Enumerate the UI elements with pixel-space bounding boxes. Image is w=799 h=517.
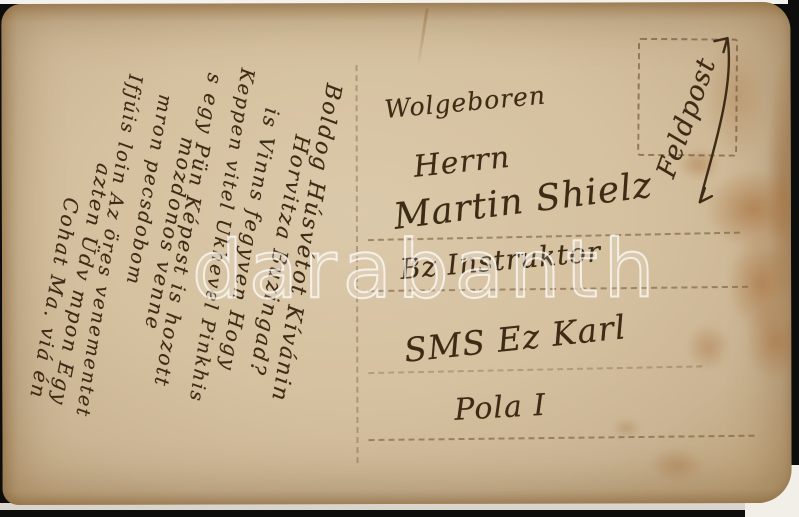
stamp-arrow-icon [687, 28, 739, 214]
honorific-text: Herrn [412, 140, 512, 185]
postcard-scan: Boldog Húsvétot Kívánin Horvitza Buzinga… [0, 0, 799, 517]
address-line-rule [368, 435, 754, 441]
salutation-text: Wolgeboren [383, 81, 547, 124]
paper-edge-shading-bottom [3, 489, 792, 505]
stain-blob [649, 448, 705, 482]
place-text: Pola I [453, 388, 547, 428]
paper-edge-shading-left [1, 4, 18, 505]
postcard-paper: Boldog Húsvétot Kívánin Horvitza Buzinga… [1, 2, 791, 505]
stain-blob [686, 324, 730, 370]
paper-edge-shading-top [1, 2, 790, 22]
ship-name-text: SMS Ez Karl [402, 307, 628, 370]
watermark-overlay: darabanth [192, 222, 661, 316]
